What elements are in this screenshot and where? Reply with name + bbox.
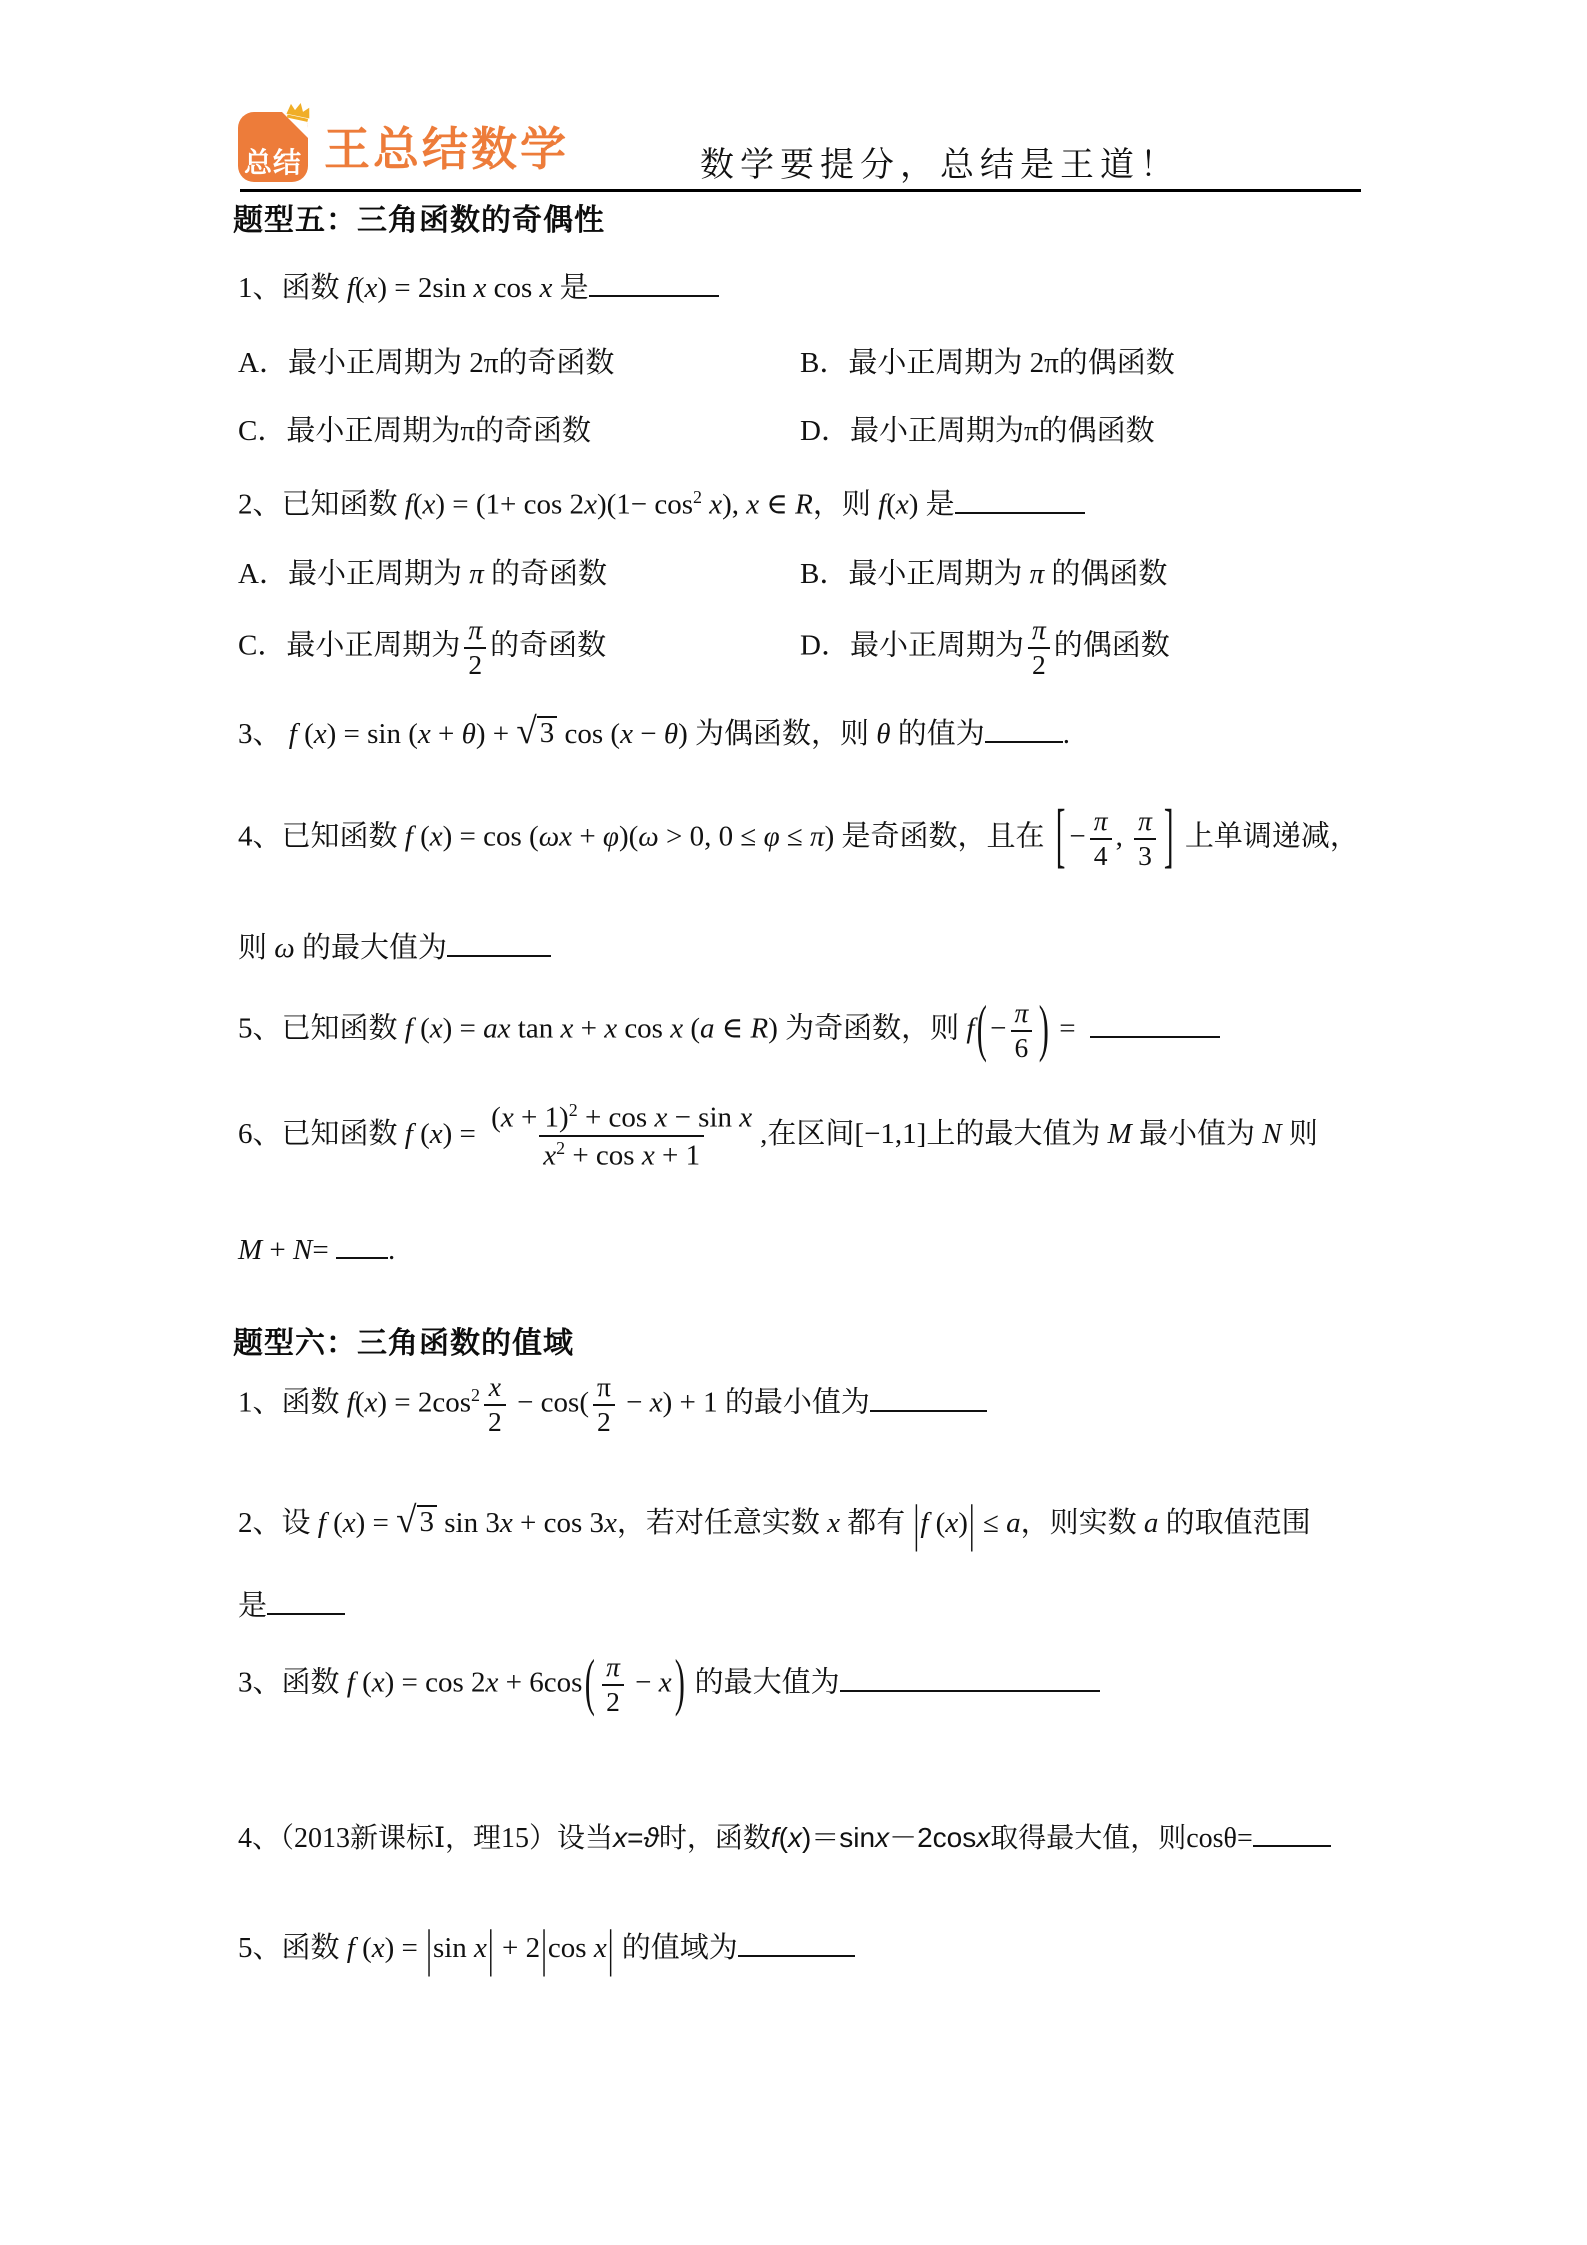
answer-blank [447, 939, 551, 957]
problem-5-1: 1、函数 f(x) = 2sin x cos x 是 [238, 270, 719, 308]
fraction: π6 [1011, 998, 1033, 1064]
fraction: (x + 1)2 + cos x − sin xx2 + cos x + 1 [487, 1100, 756, 1172]
problem-6-2-line-1: 2、设 f (x) = √3 sin 3x + cos 3x，若对任意实数 x … [238, 1505, 1311, 1544]
slogan: 数学要提分，总结是王道！ [700, 146, 1180, 187]
fraction: π2 [602, 1652, 624, 1718]
problem-6-1: 1、函数 f(x) = 2cos2x2 − cos(π2 − x) + 1 的最… [238, 1372, 987, 1438]
problem-5-4-line-1: 4、已知函数 f (x) = cos (ωx + φ)(ω > 0, 0 ≤ φ… [238, 806, 1359, 872]
problem-5-6-line-2: M + N= . [238, 1232, 395, 1270]
big-paren: ) [1039, 989, 1049, 1072]
problem-5-4-line-2: 则 ω 的最大值为 [238, 930, 551, 968]
fraction: π4 [1090, 806, 1112, 872]
answer-blank [1090, 1020, 1220, 1038]
abs-bar: | [969, 1491, 975, 1559]
big-bracket: [ [1056, 792, 1066, 886]
answer-blank [840, 1674, 1100, 1692]
square-root-icon: √3 [396, 1505, 437, 1542]
answer-blank [1253, 1830, 1331, 1847]
problem-5-1-option-b: B．最小正周期为 2π的偶函数 [800, 345, 1175, 383]
big-paren: ( [977, 989, 987, 1072]
problem-5-1-option-a: A．最小正周期为 2π的奇函数 [238, 345, 614, 383]
abs-bar: | [488, 1916, 494, 1984]
problem-6-3: 3、函数 f (x) = cos 2x + 6cos(π2 − x) 的最大值为 [238, 1652, 1100, 1718]
problem-5-2-option-a: A．最小正周期为 π 的奇函数 [238, 556, 607, 594]
problem-6-5: 5、函数 f (x) = |sin x| + 2|cos x| 的值域为 [238, 1930, 855, 1969]
abs-bar: | [914, 1491, 920, 1559]
problem-5-3: 3、 f (x) = sin (x + θ) + √3 cos (x − θ) … [238, 716, 1070, 754]
problem-5-2-option-c: C．最小正周期为π2的奇函数 [238, 615, 606, 681]
answer-blank [589, 279, 719, 297]
section-6-title: 题型六：三角函数的值域 [233, 1326, 574, 1362]
problem-5-1-option-d: D．最小正周期为π的偶函数 [800, 413, 1155, 451]
problem-5-2: 2、已知函数 f(x) = (1+ cos 2x)(1− cos2 x), x … [238, 486, 1085, 524]
section-5-title: 题型五：三角函数的奇偶性 [233, 203, 605, 239]
problem-6-2-line-2: 是 [238, 1588, 345, 1626]
badge-label: 总结 [238, 149, 308, 177]
worksheet-page: 总结 王总结数学 数学要提分，总结是王道！ 题型五：三角函数的奇偶性 1、函数 … [0, 0, 1587, 2245]
abs-bar: | [426, 1916, 432, 1984]
brand-badge: 总结 [238, 112, 308, 182]
fraction: π2 [464, 615, 486, 681]
header-rule [240, 189, 1361, 192]
problem-5-2-option-d: D．最小正周期为π2的偶函数 [800, 615, 1170, 681]
problem-5-5: 5、已知函数 f (x) = ax tan x + x cos x (a ∈ R… [238, 998, 1220, 1064]
answer-blank [870, 1394, 987, 1412]
abs-bar: | [541, 1916, 547, 1984]
abs-bar: | [608, 1916, 614, 1984]
fraction: π2 [593, 1372, 615, 1438]
problem-5-2-option-b: B．最小正周期为 π 的偶函数 [800, 556, 1167, 594]
big-bracket: ] [1164, 792, 1174, 886]
fraction: x2 [484, 1372, 506, 1438]
problem-5-6-line-1: 6、已知函数 f (x) = (x + 1)2 + cos x − sin xx… [238, 1100, 1318, 1172]
big-paren: ) [674, 1643, 684, 1726]
problem-5-1-option-c: C．最小正周期为π的奇函数 [238, 413, 591, 451]
answer-blank [267, 1597, 345, 1615]
big-paren: ( [585, 1643, 595, 1726]
brand-name: 王总结数学 [324, 122, 569, 177]
answer-blank [738, 1939, 855, 1957]
square-root-icon: √3 [516, 716, 557, 753]
answer-blank [985, 725, 1063, 743]
fraction: π3 [1134, 806, 1156, 872]
fraction: π2 [1028, 615, 1050, 681]
answer-blank [955, 496, 1085, 514]
problem-6-4: 4、（2013新课标Ⅰ，理15）设当x=ϑ时，函数f(x)＝sinx－2cosx… [238, 1820, 1331, 1857]
answer-blank [336, 1241, 388, 1259]
